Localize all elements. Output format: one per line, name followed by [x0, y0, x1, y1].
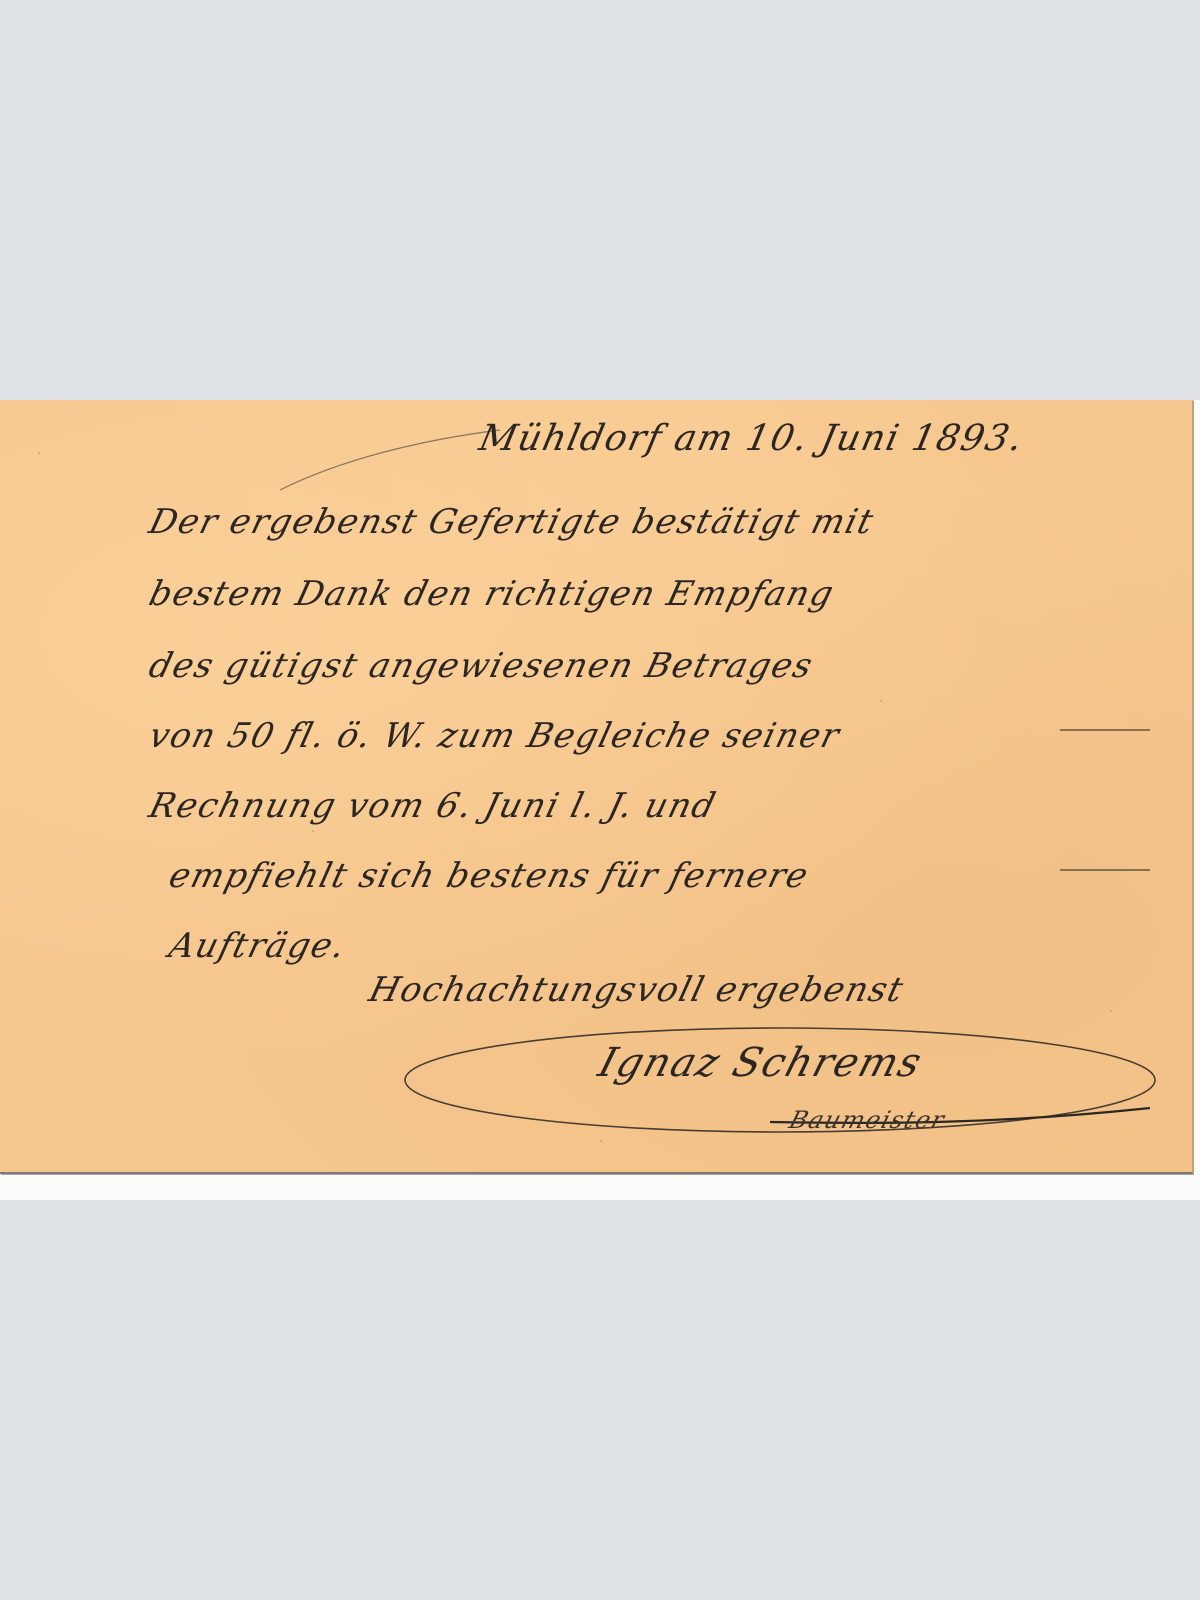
body-line: Aufträge.: [165, 926, 350, 966]
body-line: Rechnung vom 6. Juni l. J. und: [145, 786, 721, 826]
paper-speck: [38, 452, 40, 454]
paper-speck: [312, 830, 314, 832]
body-line: des gütigst angewiesenen Betrages: [145, 646, 818, 686]
body-line: empfiehlt sich bestens für fernere: [165, 856, 813, 896]
closing-line: Hochachtungsvoll ergebenst: [365, 970, 908, 1010]
body-line: bestem Dank den richtigen Empfang: [145, 574, 839, 614]
date-line: Mühldorf am 10. Juni 1893.: [476, 418, 1028, 459]
scanned-postcard: Mühldorf am 10. Juni 1893. Der ergebenst…: [0, 400, 1200, 1200]
paper-speck: [600, 1140, 602, 1142]
paper-speck: [880, 700, 882, 702]
body-line: von 50 fl. ö. W. zum Begleiche seiner: [145, 716, 844, 756]
paper-speck: [1110, 1010, 1112, 1012]
body-line: Der ergebenst Gefertigte bestätigt mit: [145, 502, 878, 542]
signature: Ignaz Schrems: [593, 1040, 927, 1086]
signature-title: Baumeister: [786, 1106, 949, 1134]
postcard: Mühldorf am 10. Juni 1893. Der ergebenst…: [0, 400, 1193, 1174]
